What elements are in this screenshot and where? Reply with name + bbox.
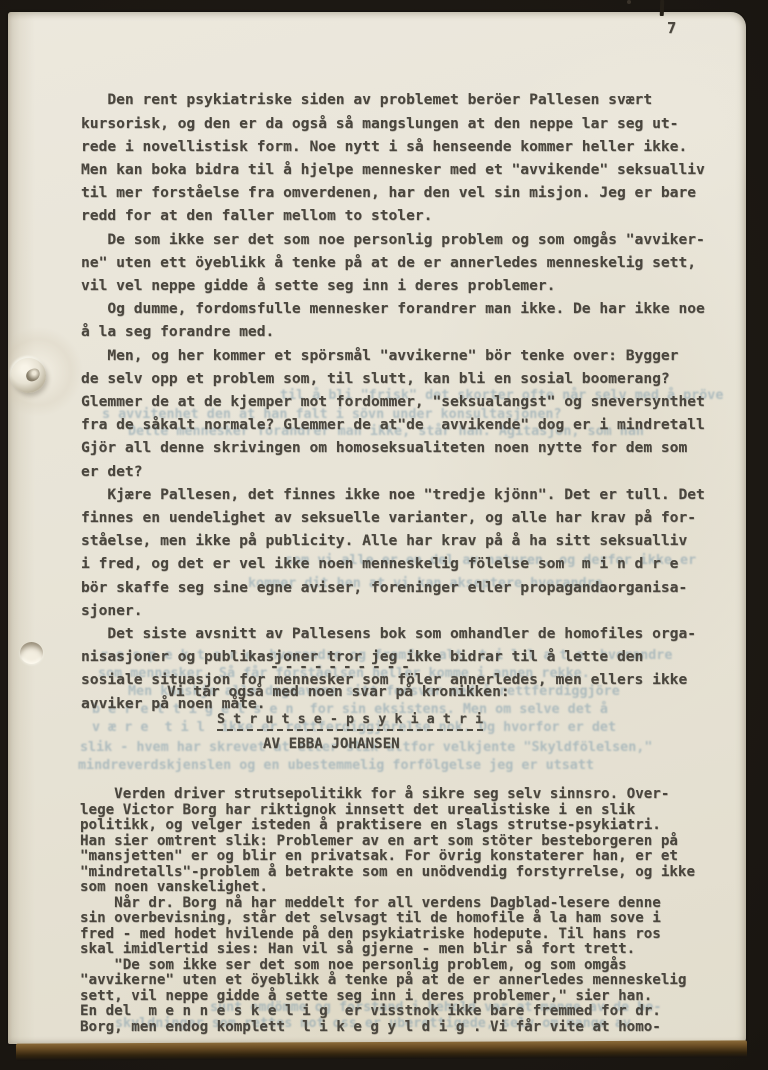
typed-divider: - - - - - - - - - - [270, 658, 408, 675]
typed-text-line: ne" uten ett öyeblikk å tenke på at de e… [81, 251, 705, 274]
typed-text-line: fra de såkalt normale? Glemmer de at"de … [81, 413, 705, 436]
punch-hole-bottom [20, 642, 43, 664]
typed-text-line: redd for at den faller mellom to stoler. [81, 204, 705, 227]
typed-text-line: Det siste avsnitt av Pallesens bok som o… [81, 622, 705, 645]
typed-text-line: finnes en uendelighet av seksuelle varia… [81, 506, 705, 529]
typed-text-line: som noen vanskelighet. [80, 880, 695, 896]
typed-text-line: Og dumme, fordomsfulle mennesker forandr… [81, 297, 705, 320]
page-number: 7 [667, 19, 676, 37]
typed-text-line: kursorisk, og den er da også så mangslun… [81, 112, 705, 135]
typed-text-line: Han sier omtrent slik: Problemer av en a… [80, 834, 695, 850]
pen-mark [660, 0, 665, 16]
intro-line: Vi tar også med noen svar på kronikken: [167, 683, 510, 700]
ink-dot-mark [627, 0, 631, 4]
article2-title: S t r u t s e - p s y k i a t r i [217, 712, 483, 731]
typed-text-line: En del m e n n e s k e l i g er visstnok… [80, 1004, 695, 1020]
typed-text-line: politikk, og velger isteden å praktisere… [80, 818, 695, 834]
typed-text-line: Gjör all denne skrivingen om homoseksual… [81, 436, 705, 459]
typed-text-line: sjoner. [81, 599, 705, 622]
typed-text-line: De som ikke ser det som noe personlig pr… [81, 228, 705, 251]
article1-text-block: Den rent psykiatriske siden av problemet… [81, 42, 705, 761]
article2-byline: AV EBBA JOHANSEN [263, 736, 400, 752]
typed-text-line: er det? [81, 460, 705, 483]
typed-text-line: Den rent psykiatriske siden av problemet… [81, 88, 705, 111]
typed-text-line: de selv opp et problem som, til slutt, k… [81, 367, 705, 390]
typed-text-line: rede i novellistisk form. Noe nytt i så … [81, 135, 705, 158]
typed-text-line: lege Victor Borg har riktignok innsett d… [80, 803, 695, 819]
typed-text-line: å la seg forandre med. [81, 320, 705, 343]
document-page: til å bli "frisk" det skorter ofte når s… [8, 12, 746, 1044]
typed-text-line: sin overbevisning, står det selvsagt til… [80, 911, 695, 927]
typed-text-line: bör skaffe seg sine egne aviser, forenin… [81, 576, 705, 599]
typed-text-line: Borg, men endog komplett l i k e g y l d… [80, 1020, 695, 1036]
page-stack-edge [16, 1040, 747, 1060]
typed-text-line: fred - med hodet hvilende på den psykiat… [80, 927, 695, 943]
typed-text-line: til mer forståelse fra omverdenen, har d… [81, 181, 705, 204]
typed-text-line: Når dr. Borg nå har meddelt for all verd… [80, 896, 695, 912]
typed-text-line: vil vel neppe gidde å sette seg inn i de… [81, 274, 705, 297]
typed-text-line: i fred, og det er vel ikke noen menneske… [81, 552, 705, 575]
typed-text-line: Glemmer de at de kjemper mot fordommer, … [81, 390, 705, 413]
punch-hole-top [11, 358, 46, 393]
scan-background: til å bli "frisk" det skorter ofte når s… [0, 0, 768, 1070]
typed-text-line: ståelse, men ikke på publicity. Alle har… [81, 529, 705, 552]
typed-text-line: sett, vil neppe gidde å sette seg inn i … [80, 989, 695, 1005]
typed-text-line: Verden driver strutsepolitikk for å sikr… [80, 787, 695, 803]
typed-text-line: Kjære Pallesen, det finnes ikke noe "tre… [81, 483, 705, 506]
typed-text-line: skal imidlertid sies: Han vil så gjerne … [80, 942, 695, 958]
typed-text-line: "mansjetten" er og blir en privatsak. Fo… [80, 849, 695, 865]
typed-text-line: "De som ikke ser det som noe personlig p… [80, 958, 695, 974]
typed-text-line: Men kan boka bidra til å hjelpe menneske… [81, 158, 705, 181]
typed-text-line: "avvikerne" uten et öyeblikk å tenke på … [80, 973, 695, 989]
page-binding-edge [8, 12, 35, 1044]
typed-text-line: Men, og her kommer et spörsmål "avvikern… [81, 344, 705, 367]
article2-text-block: Verden driver strutsepolitikk for å sikr… [80, 756, 695, 1044]
typed-text-line: "mindretalls"-problem å betrakte som en … [80, 865, 695, 881]
